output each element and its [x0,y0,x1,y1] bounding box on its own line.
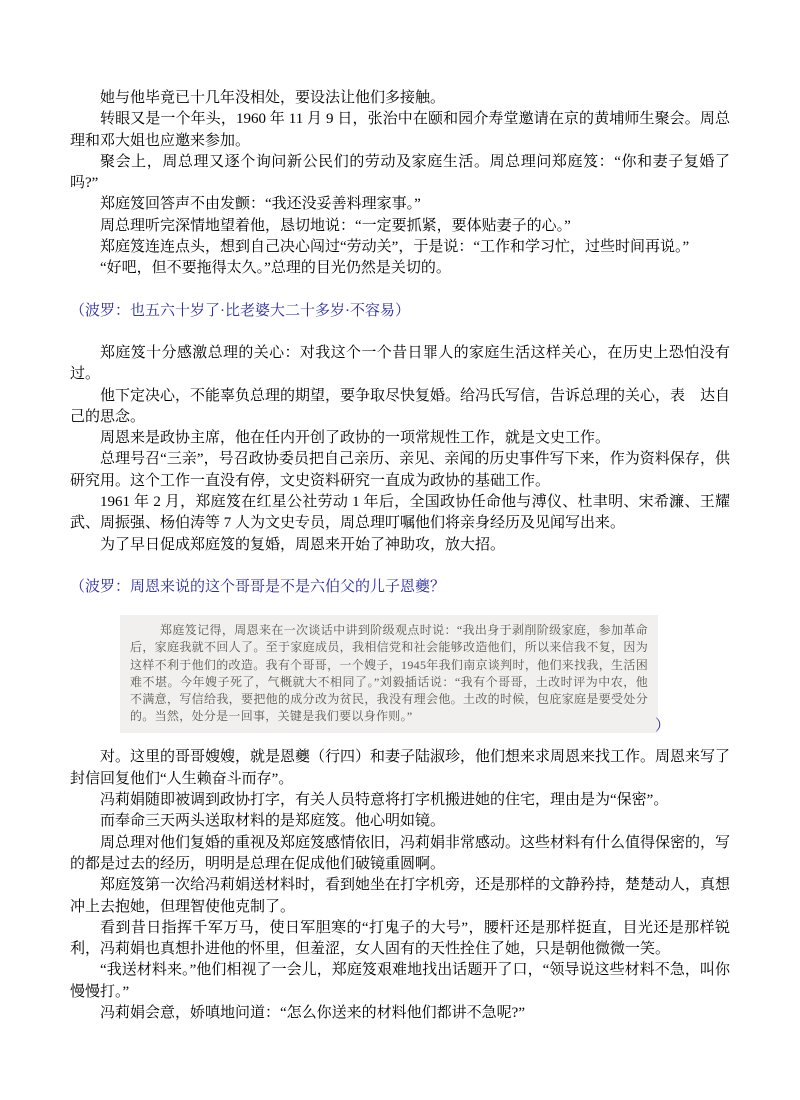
paragraph: 郑庭笈十分感激总理的关心：对我这个一个昔日罪人的家庭生活这样关心，在历史上恐怕没… [70,343,730,386]
paragraph: 看到昔日指挥千军万马，使日军胆寒的“打鬼子的大号”，腰杆还是那样挺直，目光还是那… [70,918,730,961]
paragraph: 他下定决心，不能辜负总理的期望，要争取尽快复婚。给冯氏写信，告诉总理的关心，表 … [70,386,730,429]
paragraph: 郑庭笈回答声不由发颤：“我还没妥善料理家事。” [70,194,730,215]
paragraph: 为了早日促成郑庭笈的复婚，周恩来开始了神助攻，放大招。 [70,535,730,556]
paragraph: 周总理听完深情地望着他，恳切地说：“一定要抓紧，要体贴妻子的心。” [70,216,730,237]
paragraph: 冯莉娟会意，娇嗔地问道：“怎么你送来的材料他们都讲不急呢?” [70,1003,730,1024]
paragraph: 而奉命三天两头送取材料的是郑庭笈。他心明如镜。 [70,811,730,832]
scanned-text-image: 郑庭笈记得，周恩来在一次谈话中讲到阶级观点时说：“我出身于剥削阶级家庭，参加革命… [120,615,658,733]
embedded-scan-figure: 郑庭笈记得，周恩来在一次谈话中讲到阶级观点时说：“我出身于剥削阶级家庭，参加革命… [120,615,658,733]
paragraph: 总理号召“三亲”，号召政协委员把自己亲历、亲见、亲闻的历史事件写下来，作为资料保… [70,449,730,492]
paragraph: 1961 年 2 月，郑庭笈在红星公社劳动 1 年后，全国政协任命他与溥仪、杜聿… [70,492,730,535]
paragraph: 周总理对他们复婚的重视及郑庭笈感情依旧，冯莉娟非常感动。这些材料有什么值得保密的… [70,833,730,876]
annotation-closing-paren: ） [655,716,670,737]
paragraph: 冯莉娟随即被调到政协打字，有关人员特意将打字机搬进她的住宅，理由是为“保密”。 [70,790,730,811]
reader-annotation: （波罗：周恩来说的这个哥哥是不是六伯父的儿子恩夔？ [70,577,730,598]
paragraph: 聚会上，周总理又逐个询问新公民们的劳动及家庭生活。周总理问郑庭笈：“你和妻子复婚… [70,152,730,195]
paragraph: 对。这里的哥哥嫂嫂，就是恩夔（行四）和妻子陆淑珍，他们想来求周恩来找工作。周恩来… [70,747,730,790]
paragraph: “我送材料来。”他们相视了一会儿，郑庭笈艰难地找出话题开了口，“领导说这些材料不… [70,960,730,1003]
reader-annotation: （波罗：也五六十岁了·比老婆大二十多岁·不容易） [70,301,730,322]
paragraph: 郑庭笈连连点头，想到自己决心闯过“劳动关”，于是说：“工作和学习忙，过些时间再说… [70,237,730,258]
paragraph: 周恩来是政协主席，他在任内开创了政协的一项常规性工作，就是文史工作。 [70,428,730,449]
paragraph: 她与他毕竟已十几年没相处，要设法让他们多接触。 [70,88,730,109]
paragraph: 郑庭笈第一次给冯莉娟送材料时，看到她坐在打字机旁，还是那样的文静矜持，楚楚动人，… [70,875,730,918]
document-page: 她与他毕竟已十几年没相处，要设法让他们多接触。 转眼又是一个年头，1960 年 … [0,0,800,1100]
paragraph: 转眼又是一个年头，1960 年 11 月 9 日，张治中在颐和园介寿堂邀请在京的… [70,109,730,152]
paragraph: “好吧，但不要拖得太久。”总理的目光仍然是关切的。 [70,258,730,279]
